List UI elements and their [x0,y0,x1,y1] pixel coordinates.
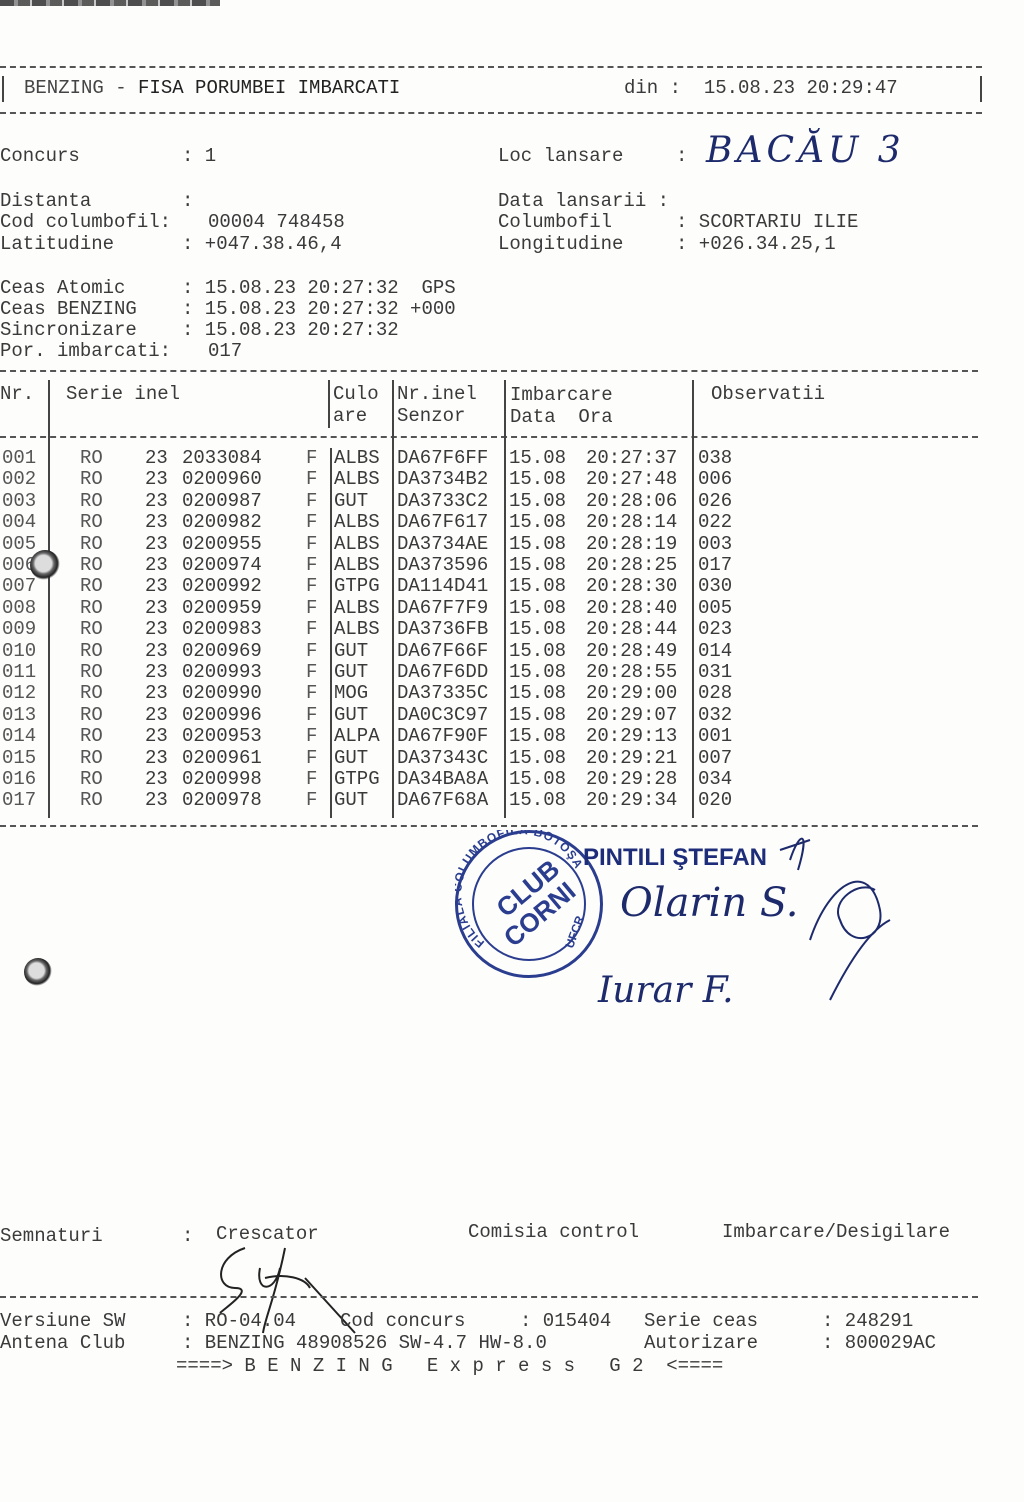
row-nr: 012 [2,683,36,704]
row-date: 15.08 [509,491,566,512]
table-row: 017RO230200978FGUTDA67F68A15.0820:29:340… [0,790,760,811]
row-ring: 0200961 [182,748,262,769]
row-ring: 0200998 [182,769,262,790]
row-time: 20:29:28 [586,769,677,790]
autorizare-label: Autorizare [644,1333,758,1354]
row-nr: 010 [2,641,36,662]
row-date: 15.08 [509,448,566,469]
concurs-label: Concurs [0,146,80,167]
row-obs: 005 [698,598,732,619]
title-prefix: BENZING - [24,77,138,99]
handwritten-signature-2: Iurar F. [598,970,734,1011]
row-color: ALBS [334,598,380,619]
cod-concurs-value: : 015404 [520,1311,611,1332]
row-ring: 0200960 [182,469,262,490]
row-color: GUT [334,662,368,683]
row-obs: 014 [698,641,732,662]
versiune-sw-value: : RO-04.04 [182,1311,296,1332]
row-time: 20:28:14 [586,512,677,533]
row-time: 20:29:21 [586,748,677,769]
table-header-border [0,436,978,438]
row-date: 15.08 [509,769,566,790]
table-row: 012RO230200990FMOGDA37335C15.0820:29:000… [0,683,760,704]
distanta-label: Distanta [0,191,91,212]
row-country: RO [80,491,103,512]
col-header-culoare-1: Culo [333,384,379,405]
row-country: RO [80,534,103,555]
row-year: 23 [145,534,168,555]
row-country: RO [80,555,103,576]
row-nr: 017 [2,790,36,811]
row-sensor: DA3736FB [397,619,488,640]
row-color: ALBS [334,512,380,533]
signature-scribble [770,820,900,1020]
row-sex: F [306,491,317,512]
row-sensor: DA373596 [397,555,488,576]
row-year: 23 [145,662,168,683]
row-sex: F [306,662,317,683]
row-sensor: DA67F7F9 [397,598,488,619]
row-obs: 007 [698,748,732,769]
row-obs: 028 [698,683,732,704]
row-nr: 016 [2,769,36,790]
loc-lansare-handwritten: BACĂU 3 [706,130,905,171]
scan-blot [24,958,52,986]
row-time: 20:29:13 [586,726,677,747]
table-row: 008RO230200959FALBSDA67F7F915.0820:28:40… [0,598,760,619]
row-country: RO [80,726,103,747]
row-time: 20:29:00 [586,683,677,704]
serie-ceas-value: : 248291 [822,1311,913,1332]
row-sex: F [306,641,317,662]
row-color: GUT [334,641,368,662]
row-nr: 015 [2,748,36,769]
row-date: 15.08 [509,469,566,490]
col-header-serie: Serie inel [66,384,180,405]
ceas-atomic-label: Ceas Atomic [0,278,125,299]
row-ring: 2033084 [182,448,262,469]
row-sensor: DA67F617 [397,512,488,533]
report-title: BENZING - FISA PORUMBEI IMBARCATI [24,78,400,99]
table-row: 001RO232033084FALBSDA67F6FF15.0820:27:37… [0,448,760,469]
row-date: 15.08 [509,705,566,726]
row-obs: 017 [698,555,732,576]
imbarcati-label: Por. imbarcati: [0,341,171,362]
row-nr: 007 [2,576,36,597]
row-ring: 0200969 [182,641,262,662]
table-row: 003RO230200987FGUTDA3733C215.0820:28:060… [0,491,760,512]
row-country: RO [80,683,103,704]
table-row: 009RO230200983FALBSDA3736FB15.0820:28:44… [0,619,760,640]
row-nr: 001 [2,448,36,469]
row-year: 23 [145,619,168,640]
row-time: 20:27:48 [586,469,677,490]
scan-artifact [0,0,220,6]
semnaturi-sep: : [182,1226,193,1247]
concurs-value: : 1 [182,146,216,167]
row-obs: 006 [698,469,732,490]
col-header-culoare-2: are [333,406,367,427]
row-year: 23 [145,705,168,726]
row-obs: 031 [698,662,732,683]
row-obs: 030 [698,576,732,597]
row-ring: 0200993 [182,662,262,683]
table-row: 010RO230200969FGUTDA67F66F15.0820:28:490… [0,641,760,662]
row-ring: 0200982 [182,512,262,533]
row-color: GUT [334,491,368,512]
col-header-nr: Nr. [0,384,34,405]
row-country: RO [80,512,103,533]
table-row: 002RO230200960FALBSDA3734B215.0820:27:48… [0,469,760,490]
row-country: RO [80,598,103,619]
versiune-sw-label: Versiune SW [0,1311,125,1332]
table-row: 011RO230200993FGUTDA67F6DD15.0820:28:550… [0,662,760,683]
row-year: 23 [145,726,168,747]
row-country: RO [80,576,103,597]
row-obs: 001 [698,726,732,747]
row-year: 23 [145,576,168,597]
row-date: 15.08 [509,662,566,683]
row-sex: F [306,576,317,597]
row-date: 15.08 [509,555,566,576]
row-time: 20:28:25 [586,555,677,576]
antena-club-label: Antena Club [0,1333,125,1354]
row-obs: 034 [698,769,732,790]
columbofil-value: : SCORTARIU ILIE [676,212,858,233]
row-time: 20:28:49 [586,641,677,662]
row-nr: 005 [2,534,36,555]
row-color: ALBS [334,534,380,555]
row-ring: 0200992 [182,576,262,597]
row-ring: 0200983 [182,619,262,640]
row-sex: F [306,598,317,619]
row-year: 23 [145,748,168,769]
row-sensor: DA114D41 [397,576,488,597]
cod-concurs-label: Cod concurs [340,1311,465,1332]
table-row: 006RO230200974FALBSDA37359615.0820:28:25… [0,555,760,576]
row-sex: F [306,448,317,469]
row-sex: F [306,555,317,576]
row-country: RO [80,790,103,811]
row-nr: 013 [2,705,36,726]
table-row: 007RO230200992FGTPGDA114D4115.0820:28:30… [0,576,760,597]
row-date: 15.08 [509,683,566,704]
row-ring: 0200974 [182,555,262,576]
col-header-nrinel-1: Nr.inel [397,384,477,405]
row-obs: 038 [698,448,732,469]
row-sensor: DA37343C [397,748,488,769]
longitudine-value: : +026.34.25,1 [676,234,836,255]
row-date: 15.08 [509,790,566,811]
ceas-benzing-value: : 15.08.23 20:27:32 +000 [182,299,456,320]
header-border-right [980,76,982,102]
row-nr: 011 [2,662,36,683]
row-country: RO [80,705,103,726]
row-obs: 022 [698,512,732,533]
header-border-bottom [0,112,982,114]
ceas-atomic-value: : 15.08.23 20:27:32 GPS [182,278,456,299]
distanta-value: : [182,191,193,212]
date-label: din : [624,77,681,99]
row-nr: 008 [2,598,36,619]
row-year: 23 [145,512,168,533]
row-sex: F [306,769,317,790]
row-sensor: DA3734AE [397,534,488,555]
col-header-observatii: Observatii [711,384,825,405]
row-year: 23 [145,598,168,619]
row-color: GTPG [334,769,380,790]
col-header-imbarcare-2: Data Ora [510,407,613,428]
row-year: 23 [145,683,168,704]
row-ring: 0200996 [182,705,262,726]
col-header-imbarcare-1: Imbarcare [510,385,613,406]
row-color: ALBS [334,448,380,469]
row-year: 23 [145,790,168,811]
row-time: 20:28:44 [586,619,677,640]
row-year: 23 [145,769,168,790]
table-row: 004RO230200982FALBSDA67F61715.0820:28:14… [0,512,760,533]
loc-lansare-label: Loc lansare [498,146,623,167]
row-color: ALPA [334,726,380,747]
row-sex: F [306,534,317,555]
date-value: 15.08.23 20:29:47 [704,77,898,99]
row-time: 20:28:40 [586,598,677,619]
semnaturi-label: Semnaturi [0,1226,103,1247]
row-nr: 004 [2,512,36,533]
comisia-control-label: Comisia control [468,1222,639,1243]
table-row: 016RO230200998FGTPGDA34BA8A15.0820:29:28… [0,769,760,790]
row-date: 15.08 [509,726,566,747]
row-obs: 032 [698,705,732,726]
row-date: 15.08 [509,576,566,597]
table-row: 014RO230200953FALPADA67F90F15.0820:29:13… [0,726,760,747]
row-color: ALBS [334,555,380,576]
latitudine-label: Latitudine [0,234,114,255]
club-stamp: FILIALA COLUMBOFILĂ BOTOŞANI CLUB CORNI … [455,830,603,978]
row-sex: F [306,790,317,811]
row-country: RO [80,641,103,662]
row-ring: 0200987 [182,491,262,512]
latitudine-value: : +047.38.46,4 [182,234,342,255]
loc-lansare-sep: : [676,146,687,167]
row-sensor: DA34BA8A [397,769,488,790]
row-country: RO [80,448,103,469]
row-color: ALBS [334,619,380,640]
longitudine-label: Longitudine [498,234,623,255]
data-lansarii-label: Data lansarii : [498,191,669,212]
row-nr: 014 [2,726,36,747]
row-country: RO [80,619,103,640]
row-time: 20:27:37 [586,448,677,469]
row-nr: 002 [2,469,36,490]
row-sensor: DA3733C2 [397,491,488,512]
row-sensor: DA67F6FF [397,448,488,469]
row-color: GUT [334,705,368,726]
row-obs: 020 [698,790,732,811]
cod-columbofil-value: 00004 748458 [208,212,345,233]
table-row: 005RO230200955FALBSDA3734AE15.0820:28:19… [0,534,760,555]
header-border-left [2,76,4,102]
row-color: GUT [334,748,368,769]
row-year: 23 [145,448,168,469]
row-date: 15.08 [509,512,566,533]
row-year: 23 [145,469,168,490]
imbarcare-desigilare-label: Imbarcare/Desigilare [722,1222,950,1243]
footer-divider [0,1296,978,1298]
row-country: RO [80,769,103,790]
row-ring: 0200990 [182,683,262,704]
row-color: ALBS [334,469,380,490]
row-sex: F [306,619,317,640]
row-obs: 026 [698,491,732,512]
imbarcati-value: 017 [208,341,242,362]
row-sensor: DA3734B2 [397,469,488,490]
row-time: 20:28:06 [586,491,677,512]
row-color: MOG [334,683,368,704]
stamp-name: PINTILI ŞTEFAN [583,844,767,872]
row-obs: 023 [698,619,732,640]
row-sensor: DA37335C [397,683,488,704]
row-ring: 0200959 [182,598,262,619]
row-color: GUT [334,790,368,811]
columbofil-label: Columbofil [498,212,612,233]
row-nr: 003 [2,491,36,512]
row-date: 15.08 [509,598,566,619]
benzing-express-banner: ====> B E N Z I N G E x p r e s s G 2 <=… [176,1356,723,1377]
sincronizare-value: : 15.08.23 20:27:32 [182,320,399,341]
row-time: 20:29:07 [586,705,677,726]
row-sex: F [306,726,317,747]
row-sex: F [306,512,317,533]
table-border-top [0,370,978,372]
serie-ceas-label: Serie ceas [644,1311,758,1332]
row-ring: 0200953 [182,726,262,747]
row-date: 15.08 [509,534,566,555]
cod-columbofil-label: Cod columbofil: [0,212,171,233]
row-year: 23 [145,491,168,512]
row-time: 20:29:34 [586,790,677,811]
row-color: GTPG [334,576,380,597]
row-nr: 009 [2,619,36,640]
scan-blot [30,550,60,580]
row-ring: 0200978 [182,790,262,811]
row-time: 20:28:30 [586,576,677,597]
row-country: RO [80,662,103,683]
row-sex: F [306,705,317,726]
row-date: 15.08 [509,641,566,662]
ceas-benzing-label: Ceas BENZING [0,299,137,320]
row-sensor: DA0C3C97 [397,705,488,726]
table-row: 015RO230200961FGUTDA37343C15.0820:29:210… [0,748,760,769]
row-sex: F [306,469,317,490]
row-country: RO [80,748,103,769]
row-country: RO [80,469,103,490]
sincronizare-label: Sincronizare [0,320,137,341]
row-sex: F [306,683,317,704]
row-sensor: DA67F66F [397,641,488,662]
row-year: 23 [145,641,168,662]
row-date: 15.08 [509,748,566,769]
col-header-nrinel-2: Senzor [397,406,465,427]
row-time: 20:28:19 [586,534,677,555]
row-date: 15.08 [509,619,566,640]
col-divider-serie-header [328,380,330,428]
report-date: din : 15.08.23 20:29:47 [624,78,898,99]
row-ring: 0200955 [182,534,262,555]
row-sex: F [306,748,317,769]
header-border-top [0,66,982,68]
antena-club-value: : BENZING 48908526 SW-4.7 HW-8.0 [182,1333,547,1354]
row-obs: 003 [698,534,732,555]
table-row: 013RO230200996FGUTDA0C3C9715.0820:29:070… [0,705,760,726]
title-main: FISA PORUMBEI IMBARCATI [138,77,400,99]
autorizare-value: : 800029AC [822,1333,936,1354]
row-sensor: DA67F68A [397,790,488,811]
row-time: 20:28:55 [586,662,677,683]
row-sensor: DA67F6DD [397,662,488,683]
row-year: 23 [145,555,168,576]
row-sensor: DA67F90F [397,726,488,747]
